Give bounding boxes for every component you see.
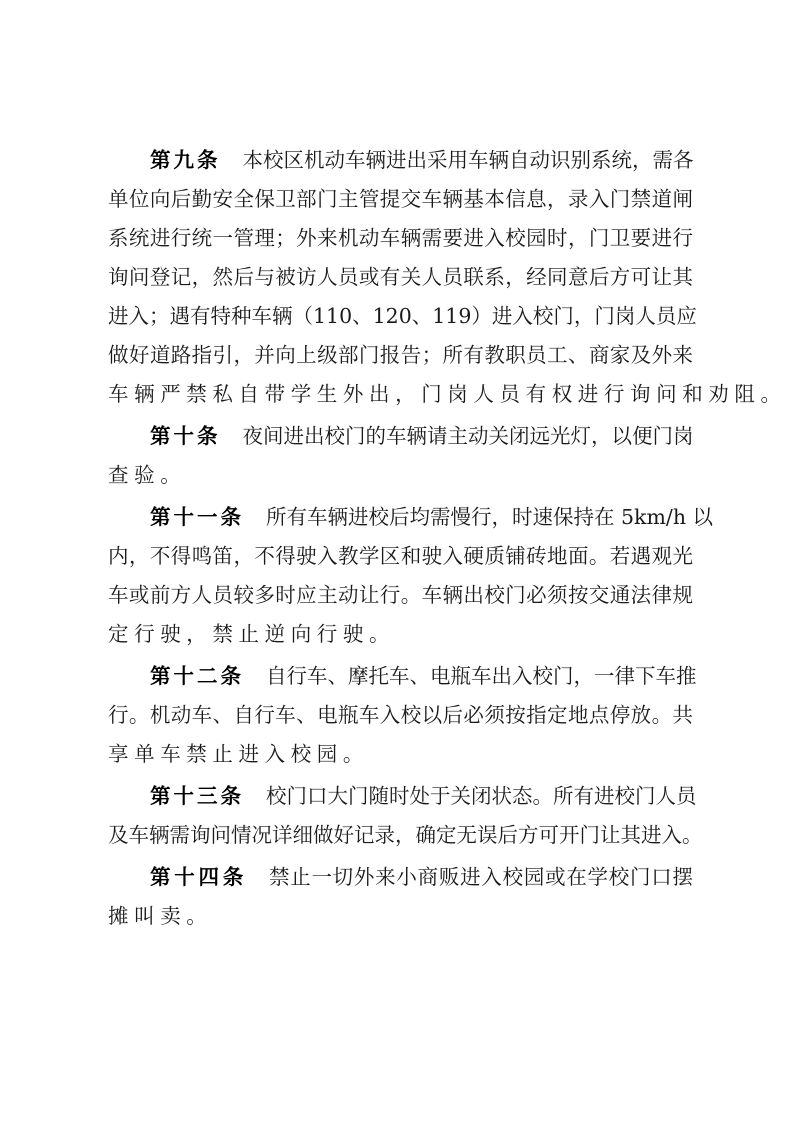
article-line: 系统进行统一管理；外来机动车辆需要进入校园时，门卫要进行 (108, 219, 693, 258)
article-11: 第十一条所有车辆进校后均需慢行，时速保持在 5km/h 以 内，不得鸣笛，不得驶… (108, 498, 693, 654)
article-text: 禁止一切外来小商贩进入校园或在学校门口摆 (269, 865, 693, 889)
article-line: 及车辆需询问情况详细做好记录，确定无误后方可开门让其进入。 (108, 816, 693, 855)
article-line: 内，不得鸣笛，不得驶入教学区和驶入硬质铺砖地面。若遇观光 (108, 537, 693, 576)
article-line: 享单车禁止进入校园。 (108, 735, 693, 774)
article-line: 第十二条自行车、摩托车、电瓶车出入校门，一律下车推 (108, 657, 693, 696)
article-line: 定行驶，禁止逆向行驶。 (108, 615, 693, 654)
article-heading: 第九条 (150, 148, 221, 172)
article-text: 校门口大门随时处于关闭状态。所有进校门人员 (266, 784, 697, 808)
article-14: 第十四条禁止一切外来小商贩进入校园或在学校门口摆 摊叫卖。 (108, 858, 693, 936)
article-heading: 第十三条 (150, 784, 244, 808)
article-text: 夜间进出校门的车辆请主动关闭远光灯，以便门岗 (243, 424, 694, 448)
article-heading: 第十二条 (150, 664, 244, 688)
article-text: 自行车、摩托车、电瓶车出入校门，一律下车推 (266, 664, 697, 688)
article-line: 做好道路指引，并向上级部门报告；所有教职员工、商家及外来 (108, 336, 693, 375)
article-heading: 第十条 (150, 424, 221, 448)
article-line: 车或前方人员较多时应主动让行。车辆出校门必须按交通法律规 (108, 576, 693, 615)
article-heading: 第十四条 (150, 865, 247, 889)
article-line: 车辆严禁私自带学生外出，门岗人员有权进行询问和劝阻。 (108, 375, 693, 414)
article-line: 第九条本校区机动车辆进出采用车辆自动识别系统，需各 (108, 141, 693, 180)
article-heading: 第十一条 (150, 505, 244, 529)
article-12: 第十二条自行车、摩托车、电瓶车出入校门，一律下车推 行。机动车、自行车、电瓶车入… (108, 657, 693, 774)
article-text: 本校区机动车辆进出采用车辆自动识别系统，需各 (243, 148, 694, 172)
article-line: 行。机动车、自行车、电瓶车入校以后必须按指定地点停放。共 (108, 696, 693, 735)
article-line: 摊叫卖。 (108, 897, 693, 936)
article-text: 所有车辆进校后均需慢行，时速保持在 5km/h 以 (266, 505, 713, 529)
article-line: 单位向后勤安全保卫部门主管提交车辆基本信息，录入门禁道闸 (108, 180, 693, 219)
article-line: 第十三条校门口大门随时处于关闭状态。所有进校门人员 (108, 777, 693, 816)
article-9: 第九条本校区机动车辆进出采用车辆自动识别系统，需各 单位向后勤安全保卫部门主管提… (108, 141, 693, 414)
article-line: 第十一条所有车辆进校后均需慢行，时速保持在 5km/h 以 (108, 498, 693, 537)
article-line: 询问登记，然后与被访人员或有关人员联系，经同意后方可让其 (108, 258, 693, 297)
article-line: 进入；遇有特种车辆（110、120、119）进入校门，门岗人员应 (108, 297, 693, 336)
article-line: 第十条夜间进出校门的车辆请主动关闭远光灯，以便门岗 (108, 417, 693, 456)
article-13: 第十三条校门口大门随时处于关闭状态。所有进校门人员 及车辆需询问情况详细做好记录… (108, 777, 693, 855)
document-page: 第九条本校区机动车辆进出采用车辆自动识别系统，需各 单位向后勤安全保卫部门主管提… (0, 0, 793, 1122)
article-line: 查验。 (108, 456, 693, 495)
document-body: 第九条本校区机动车辆进出采用车辆自动识别系统，需各 单位向后勤安全保卫部门主管提… (108, 141, 693, 939)
article-line: 第十四条禁止一切外来小商贩进入校园或在学校门口摆 (108, 858, 693, 897)
article-10: 第十条夜间进出校门的车辆请主动关闭远光灯，以便门岗 查验。 (108, 417, 693, 495)
